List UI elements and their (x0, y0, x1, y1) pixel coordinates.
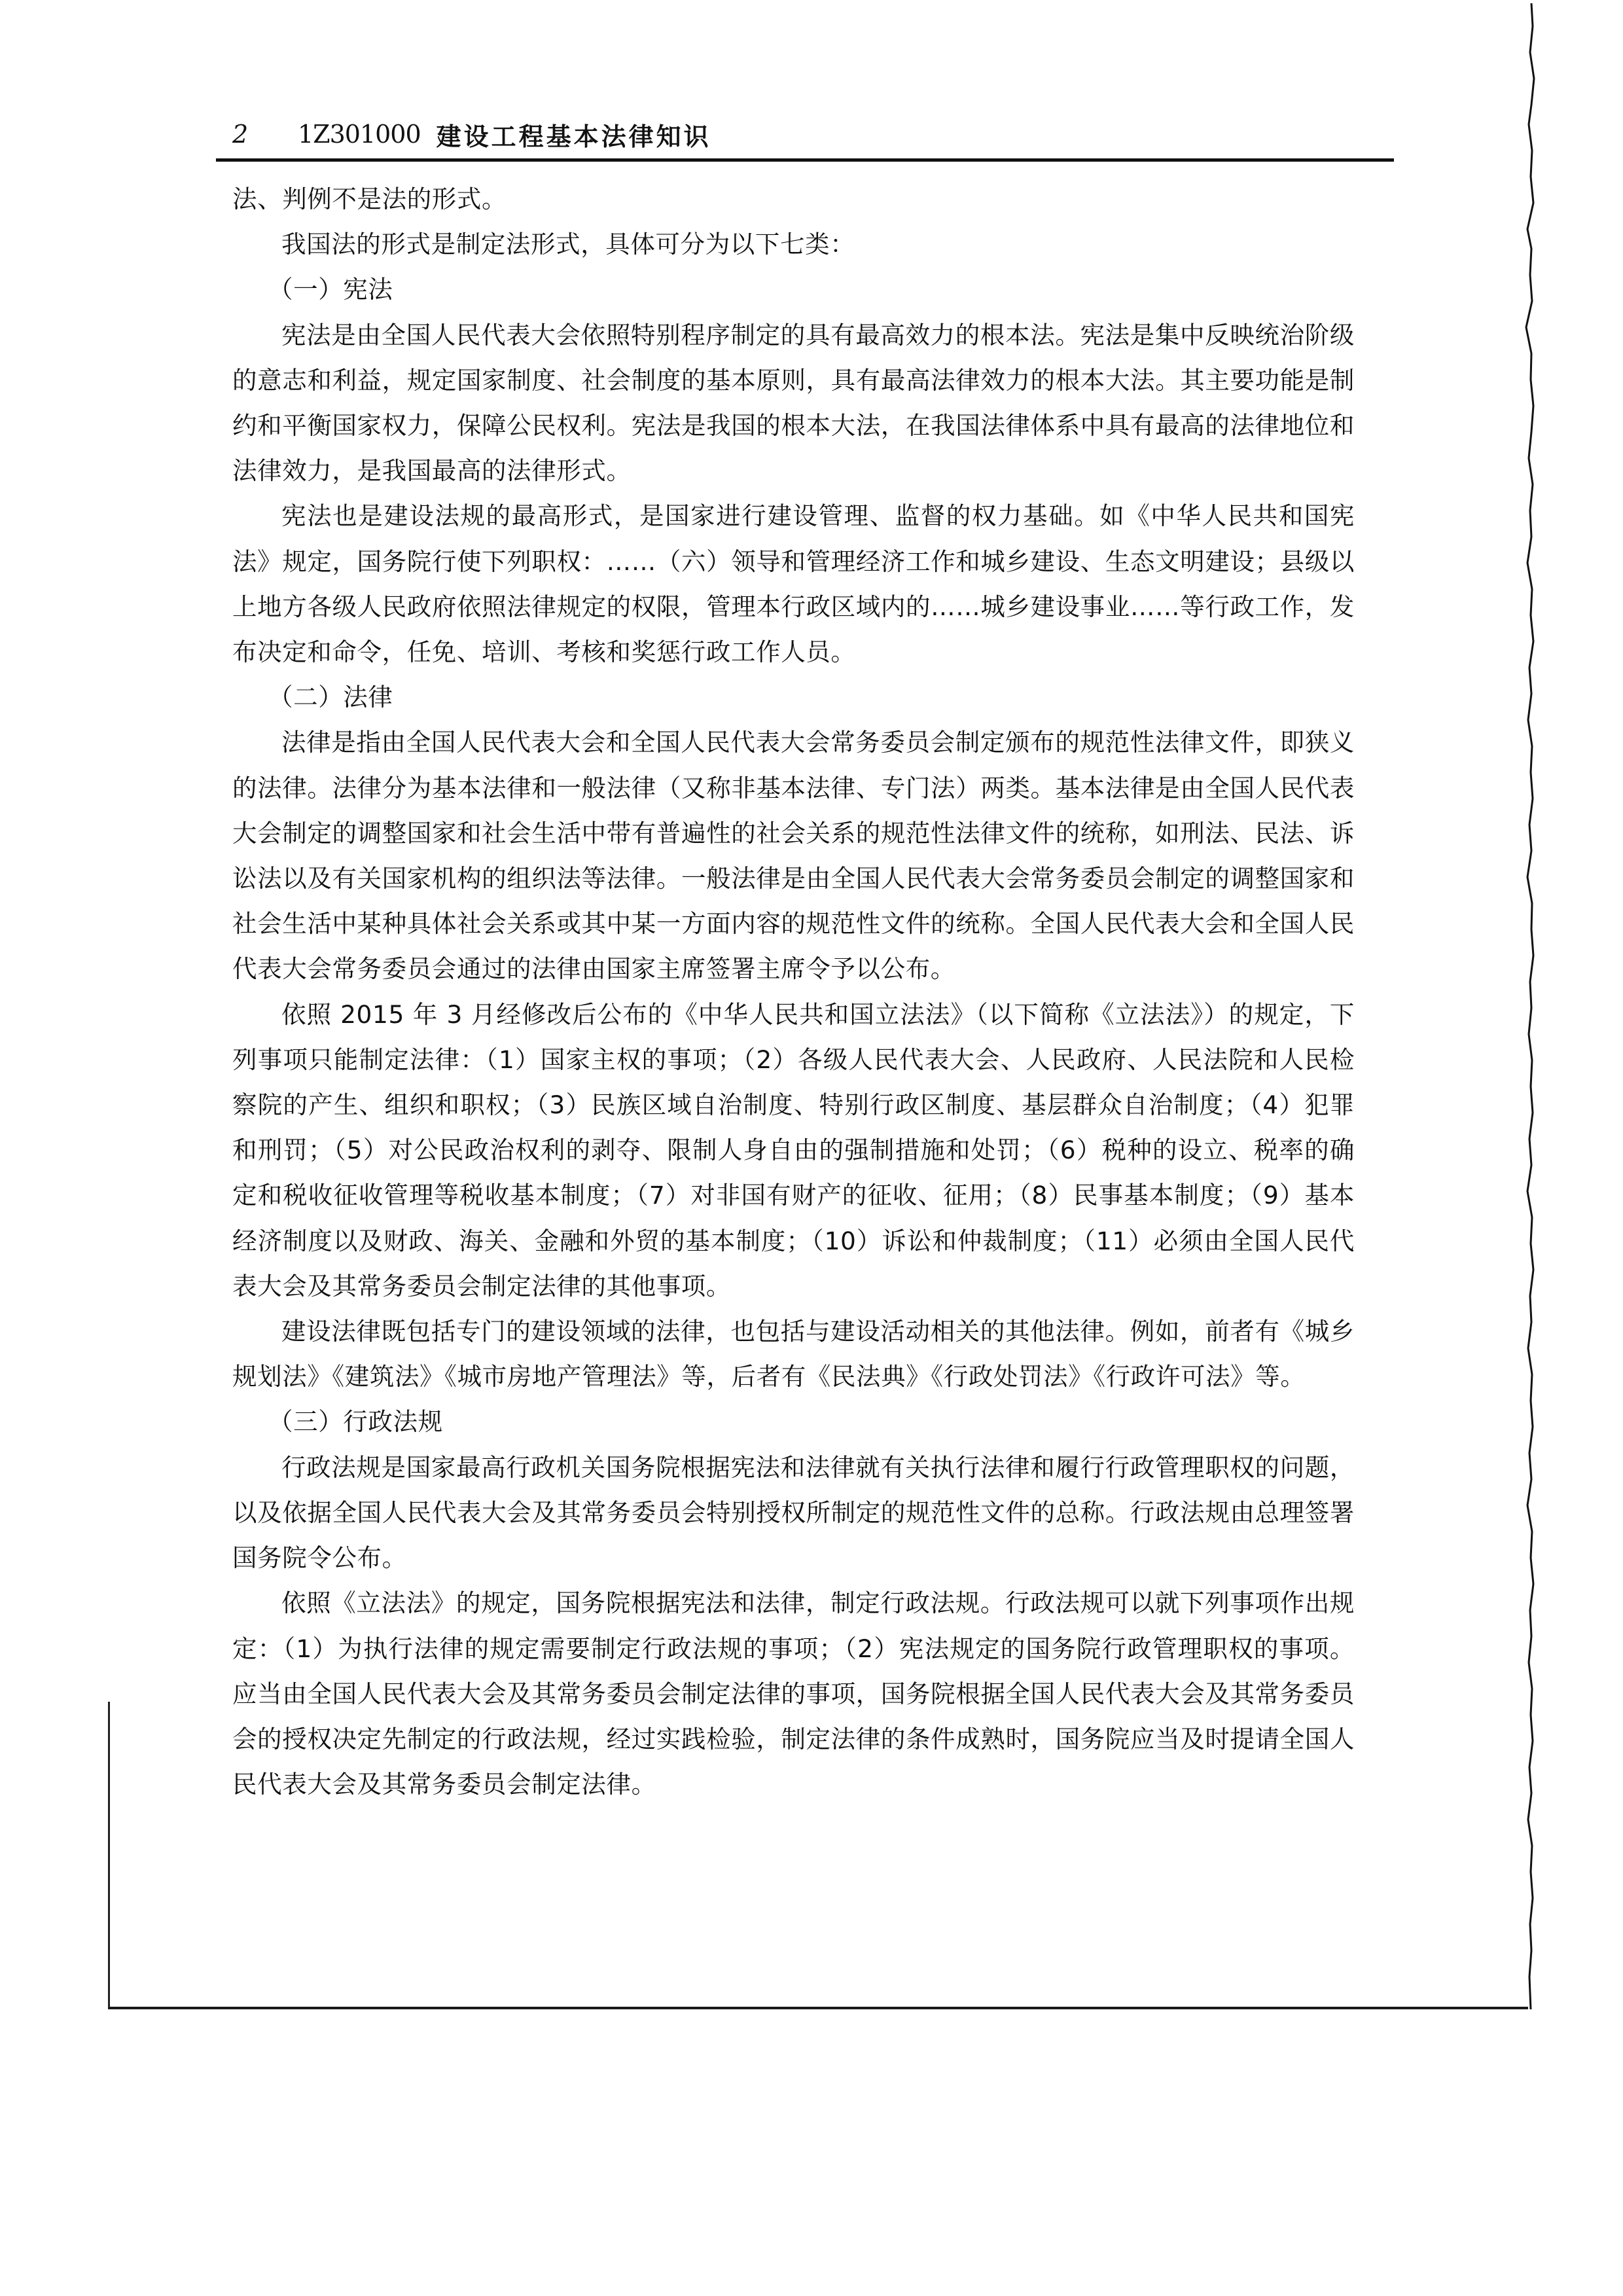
paragraph: 法律是指由全国人民代表大会和全国人民代表大会常务委员会制定颁布的规范性法律文件，… (232, 720, 1355, 992)
chapter-title: 建设工程基本法律知识 (437, 117, 711, 152)
body-text: 法、判例不是法的形式。 我国法的形式是制定法形式，具体可分为以下七类： （一）宪… (232, 177, 1355, 1807)
paragraph: 宪法也是建设法规的最高形式，是国家进行建设管理、监督的权力基础。如《中华人民共和… (232, 493, 1355, 675)
chapter-code: 1Z301000 (298, 120, 421, 149)
paragraph: 依照 2015 年 3 月经修改后公布的《中华人民共和国立法法》（以下简称《立法… (232, 992, 1355, 1309)
running-header: 2 1Z301000 建设工程基本法律知识 (232, 111, 1384, 157)
paragraph: 建设法律既包括专门的建设领域的法律，也包括与建设活动相关的其他法律。例如，前者有… (232, 1309, 1355, 1399)
header-rule (216, 158, 1394, 162)
paragraph: 依照《立法法》的规定，国务院根据宪法和法律，制定行政法规。行政法规可以就下列事项… (232, 1581, 1355, 1807)
page-number: 2 (232, 120, 298, 149)
paragraph-continuation: 法、判例不是法的形式。 (232, 177, 1355, 222)
section-heading-administrative-regulations: （三）行政法规 (232, 1399, 1355, 1444)
torn-right-edge (1512, 0, 1551, 2013)
scan-left-border (108, 1702, 110, 2009)
section-heading-constitution: （一）宪法 (232, 267, 1355, 312)
paragraph: 行政法规是国家最高行政机关国务院根据宪法和法律就有关执行法律和履行行政管理职权的… (232, 1445, 1355, 1581)
paragraph-intro: 我国法的形式是制定法形式，具体可分为以下七类： (232, 222, 1355, 267)
section-heading-law: （二）法律 (232, 675, 1355, 720)
paragraph: 宪法是由全国人民代表大会依照特别程序制定的具有最高效力的根本法。宪法是集中反映统… (232, 313, 1355, 494)
scan-bottom-border (108, 2007, 1528, 2009)
